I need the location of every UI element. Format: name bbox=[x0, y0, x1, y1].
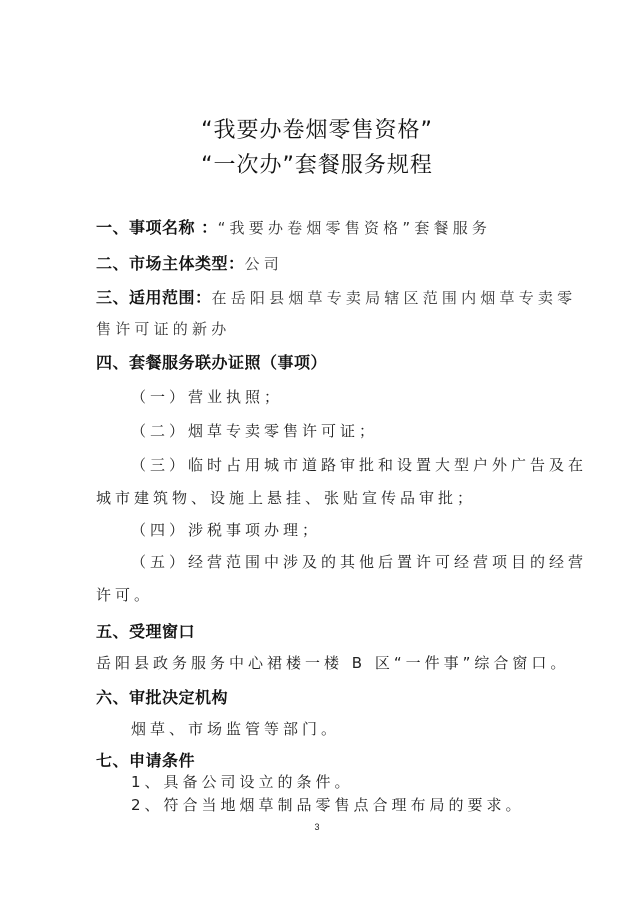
list-item-continued: 城市建筑物、设施上悬挂、张贴宣传品审批； bbox=[96, 487, 476, 508]
section-heading-conditions: 七、申请条件 bbox=[96, 748, 195, 771]
section-heading: 一、事项名称 ： bbox=[96, 218, 218, 237]
section-body: 公司 bbox=[245, 255, 283, 273]
list-item: 2、符合当地烟草制品零售点合理布局的要求。 bbox=[131, 794, 525, 815]
page-number: 3 bbox=[0, 822, 634, 832]
section-scope: 三、适用范围：在岳阳县烟草专卖局辖区范围内烟草专卖零 bbox=[96, 285, 576, 308]
list-item: （三）临时占用城市道路审批和设置大型户外广告及在 bbox=[131, 454, 587, 475]
section-heading-joint-licenses: 四、套餐服务联办证照（事项） bbox=[96, 350, 327, 373]
section-entity-type: 二、市场主体类型：公司 bbox=[96, 251, 283, 274]
section-heading-approval-authority: 六、审批决定机构 bbox=[96, 685, 228, 708]
list-item: （四）涉税事项办理； bbox=[131, 519, 321, 540]
document-title-line-1: “我要办卷烟零售资格” bbox=[0, 113, 634, 144]
list-item: （五）经营范围中涉及的其他后置许可经营项目的经营 bbox=[131, 551, 587, 572]
section-body: 烟草、市场监管等部门。 bbox=[131, 718, 340, 739]
list-item: 1、具备公司设立的条件。 bbox=[131, 771, 354, 792]
section-heading: 二、市场主体类型： bbox=[96, 254, 245, 273]
section-body: 售许可证的新办 bbox=[96, 320, 230, 338]
section-heading-window: 五、受理窗口 bbox=[96, 619, 195, 642]
document-page: “我要办卷烟零售资格” “一次办”套餐服务规程 一、事项名称 ：“我要办卷烟零售… bbox=[0, 0, 634, 898]
section-body: 岳阳县政务服务中心裙楼一楼 B 区“一件事”综合窗口。 bbox=[96, 652, 569, 673]
list-item: （二）烟草专卖零售许可证； bbox=[131, 420, 378, 441]
list-item-continued: 许可。 bbox=[96, 584, 153, 605]
list-item: （一）营业执照； bbox=[131, 386, 283, 407]
section-heading: 三、适用范围： bbox=[96, 288, 212, 307]
section-body: “我要办卷烟零售资格”套餐服务 bbox=[218, 219, 492, 237]
document-title-line-2: “一次办”套餐服务规程 bbox=[0, 148, 634, 179]
section-body: 在岳阳县烟草专卖局辖区范围内烟草专卖零 bbox=[212, 289, 577, 307]
section-scope-continued: 售许可证的新办 bbox=[96, 318, 230, 339]
section-item-name: 一、事项名称 ：“我要办卷烟零售资格”套餐服务 bbox=[96, 215, 491, 238]
